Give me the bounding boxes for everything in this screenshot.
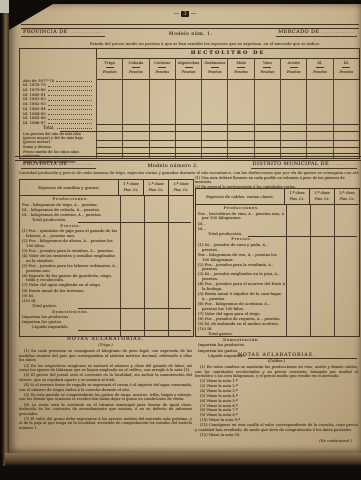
unit-label: Pesetas	[176, 70, 201, 74]
clase-name: 1.ª clase	[119, 182, 143, 186]
page-number-value: 3	[181, 11, 189, 17]
column-divider	[334, 204, 335, 336]
dotted-leader	[48, 90, 92, 91]
book-gutter-edge	[2, 0, 9, 466]
price-column: Íd. Pesetas	[333, 58, 359, 158]
dotted-leader	[48, 109, 92, 110]
semillas-rows: Producciones.Por... kilogramos de trigo,…	[22, 196, 119, 331]
species-name: Algarrobas	[176, 60, 201, 65]
side-note: (1) Una nota deberá llenarse en cada pue…	[195, 176, 358, 185]
price-column: Trigo Pesetas	[96, 58, 122, 158]
note-paragraph: (7) El valor del grano debe expresarse á…	[19, 417, 192, 430]
clase-column-header: 3.ª clase Ptas. Cs.	[168, 180, 193, 195]
price-column: Aceite Pesetas	[280, 58, 306, 158]
note-paragraph: (11) Consígnese en esta casilla el valor…	[195, 423, 358, 432]
clase-name: 2.ª clase	[144, 182, 168, 186]
divider	[96, 153, 359, 154]
adjacent-page-sliver	[0, 0, 9, 13]
clase-unit: Ptas. Cs.	[144, 188, 168, 192]
price-column-header: Vino Pesetas	[255, 58, 280, 80]
note-paragraph: (3) El precio del jornal será el corrien…	[19, 373, 192, 382]
modelo1-label: Modelo núm. 1.	[169, 32, 213, 37]
clase-column-header: 3.ª clase Ptas. Cs.	[334, 189, 359, 204]
price-column-header: Íd. Pesetas	[334, 58, 359, 80]
caldos-table: Especies de caldos, varias clases. 1.ª c…	[195, 188, 360, 337]
page-number: —3—	[9, 11, 361, 17]
clase-name: 3.ª clase	[169, 182, 193, 186]
note-paragraph: (5) Véase la nota 4.ª	[195, 394, 358, 398]
modelo2-label: Modelo número 2.	[148, 164, 199, 169]
clase-unit: Ptas. Cs.	[119, 188, 143, 192]
price-column-header: Maíz Pesetas	[228, 58, 253, 80]
unit-label: Pesetas	[281, 70, 306, 74]
price-column: Íd. Pesetas	[306, 58, 332, 158]
note-paragraph: (3) Véase la nota 2.ª	[195, 384, 358, 388]
price-column-header: Algarrobas Pesetas	[176, 58, 201, 80]
unit-label: Pesetas	[228, 70, 253, 74]
price-column: Algarrobas Pesetas	[175, 58, 201, 158]
price-table: HECTOLITRO DE Trigo Pesetas Cebada	[19, 48, 360, 159]
header-dash	[237, 67, 245, 68]
caldos-table-title: Especies de caldos, varias clases.	[196, 189, 284, 204]
unit-label: Pesetas	[334, 70, 359, 74]
provincia-blank: ..............	[70, 30, 104, 35]
clase-column-header: 1.ª clase Ptas. Cs.	[284, 189, 309, 204]
table-row: Producciones.	[198, 206, 285, 211]
provincia-field: PROVINCIA DE ..............	[21, 29, 105, 37]
note-paragraph: (1) En cada provincia se consignará el k…	[19, 349, 192, 362]
clase-name: 1.ª clase	[285, 191, 309, 195]
summary-row: Los precios del año de más alza (precio …	[23, 132, 94, 144]
clase-column-header: 2.ª clase Ptas. Cs.	[309, 189, 334, 204]
model2-header-row: PROVINCIA DE .......... Modelo número 2.…	[21, 161, 357, 169]
species-name: Íd.	[334, 60, 359, 65]
unit-label: Pesetas	[202, 70, 227, 74]
column-divider	[310, 204, 311, 336]
header-dash	[316, 67, 324, 68]
clase-unit: Ptas. Cs.	[169, 188, 193, 192]
unit-label: Pesetas	[255, 70, 280, 74]
note-paragraph: (6) La renta será la corriente en el tér…	[19, 403, 192, 416]
continuation-note: (Se continuará.)	[195, 439, 358, 443]
provincia-label: PROVINCIA DE	[23, 29, 68, 35]
table-row: (6) Por... kilogramos de aceituna, á... …	[198, 302, 285, 311]
model2-caption: Cantidad producida y precio de cada sema…	[19, 170, 359, 175]
species-name: Garbanzos	[202, 60, 227, 65]
species-name: Aceite	[281, 60, 306, 65]
notes-paragraphs: (1) En estos cuadros se anotarán las pro…	[195, 365, 358, 437]
note-paragraph: (6) Véase la nota 5.ª	[195, 399, 358, 403]
header-dash	[132, 67, 140, 68]
table-row: Producciones.	[22, 197, 119, 202]
clase-unit: Ptas. Cs.	[285, 197, 309, 201]
table-row: Id...	[198, 222, 285, 227]
price-column-header: Garbanzos Pesetas	[202, 58, 227, 80]
divider	[96, 124, 359, 125]
distrito-field: DISTRITO MUNICIPAL DE ..........	[251, 161, 357, 169]
header-dash	[158, 67, 166, 68]
provincia2-field: PROVINCIA DE ..........	[21, 161, 96, 169]
semillas-table-body: Producciones.Por... kilogramos de trigo,…	[20, 195, 193, 336]
clase-columns: 1.ª clase Ptas. Cs. 2.ª clase Ptas. Cs. …	[284, 189, 359, 204]
clase-name: 2.ª clase	[310, 191, 334, 195]
divider	[60, 131, 359, 132]
semillas-table-head: Especies de semillas y granos. 1.ª clase…	[20, 180, 193, 196]
price-column-header: Centeno Pesetas	[150, 58, 175, 80]
column-divider	[120, 195, 121, 336]
notes-paragraphs: (1) En cada provincia se consignará el k…	[19, 349, 192, 430]
unit-label: Pesetas	[97, 70, 122, 74]
price-column: Vino Pesetas	[254, 58, 280, 158]
dotted-leader	[48, 119, 92, 120]
table-row: (5) Por... jornales para las labores ord…	[22, 264, 119, 273]
caldos-rows: Producciones.Por... hectolitros de vino,…	[198, 205, 285, 359]
notas-aclaratorias-left: NOTAS ACLARATORIAS. (Trigo.) (1) En cada…	[19, 338, 192, 431]
price-column: Garbanzos Pesetas	[201, 58, 227, 158]
column-divider	[168, 195, 169, 336]
notes-subtitle: (Trigo.)	[19, 343, 192, 347]
header-dash	[342, 67, 350, 68]
note-paragraph: (4) Véase la nota 3.ª	[195, 389, 358, 393]
table-row: Por... kilogramos de uva, á... pesetas l…	[198, 253, 285, 262]
dotted-leader	[48, 105, 92, 106]
notas-aclaratorias-right: NOTAS ACLARATORIAS. (Caldos.) (1) En est…	[195, 354, 358, 443]
semillas-table: Especies de semillas y granos. 1.ª clase…	[19, 179, 194, 337]
year-rows: Año de 1877-78 Id. 1878-79 Id. 1879-80 I…	[23, 78, 93, 125]
species-name: Cebada	[123, 60, 148, 65]
clase-unit: Ptas. Cs.	[310, 197, 334, 201]
price-column: Maíz Pesetas	[227, 58, 253, 158]
header-dash	[263, 67, 271, 68]
section-divider-rule	[15, 156, 361, 161]
unit-label: Pesetas	[150, 70, 175, 74]
clase-column-header: 2.ª clase Ptas. Cs.	[143, 180, 168, 195]
price-table-columns: Trigo Pesetas Cebada Pesetas	[96, 58, 359, 158]
clase-unit: Ptas. Cs.	[335, 197, 359, 201]
clase-name: 3.ª clase	[335, 191, 359, 195]
provincia2-blank: ..........	[70, 162, 94, 167]
semillas-table-title: Especies de semillas y granos.	[20, 180, 118, 195]
mercado-blank: ..............	[321, 30, 355, 35]
document-page: —3— PROVINCIA DE .............. Modelo n…	[9, 4, 361, 453]
column-divider	[286, 204, 287, 336]
table-row: Líquido imponible.	[22, 325, 119, 330]
mercado-label: MERCADO DE	[278, 29, 319, 35]
table-row: (8) Renta anual de los terrenos.	[22, 289, 119, 294]
note-paragraph: (4) Si el terreno fuese de regadío se ex…	[19, 383, 192, 392]
model2-side-notes: (1) Una nota deberá llenarse en cada pue…	[195, 176, 358, 189]
header-dash	[106, 67, 114, 68]
note-paragraph: (5) En esta partida se comprenderán los …	[19, 393, 192, 402]
species-name: Vino	[255, 60, 280, 65]
total-row: Total.	[23, 125, 93, 130]
model1-header-row: PROVINCIA DE .............. Modelo núm. …	[21, 29, 357, 37]
caldos-table-body: Producciones.Por... hectolitros de vino,…	[196, 204, 359, 336]
model1-caption: Estado del precio medio en pesetas á que…	[79, 41, 331, 46]
dotted-leader	[48, 86, 92, 87]
price-column: Centeno Pesetas	[149, 58, 175, 158]
note-paragraph: (2) En los respectivos renglones se anot…	[19, 364, 192, 373]
clase-column-header: 1.ª clase Ptas. Cs.	[118, 180, 143, 195]
note-paragraph: (12) Véase la nota 10.	[195, 433, 358, 437]
book-bottom-edge	[5, 453, 361, 466]
species-name: Maíz	[228, 60, 253, 65]
price-column-header: Íd. Pesetas	[307, 58, 332, 80]
unit-label: Pesetas	[123, 70, 148, 74]
dotted-leader	[48, 114, 92, 115]
note-paragraph: (1) En estos cuadros se anotarán las pro…	[195, 365, 358, 378]
species-name: Íd.	[307, 60, 332, 65]
divider	[96, 147, 359, 148]
column-divider	[144, 195, 145, 336]
header-dash	[211, 67, 219, 68]
table-row: Total producción.	[22, 218, 119, 223]
total-label: Total.	[43, 125, 55, 130]
provincia2-label: PROVINCIA DE	[23, 161, 68, 167]
top-double-rule	[21, 24, 359, 29]
header-dash	[185, 67, 193, 68]
dotted-leader	[48, 95, 92, 96]
price-column: Cebada Pesetas	[122, 58, 148, 158]
clase-columns: 1.ª clase Ptas. Cs. 2.ª clase Ptas. Cs. …	[118, 180, 193, 195]
species-name: Centeno	[150, 60, 175, 65]
distrito-label: DISTRITO MUNICIPAL DE	[253, 161, 329, 167]
caldos-table-head: Especies de caldos, varias clases. 1.ª c…	[196, 189, 359, 205]
page-number-dash: —	[174, 11, 180, 17]
scanned-document-background: —3— PROVINCIA DE .............. Modelo n…	[0, 0, 361, 480]
distrito-blank: ..........	[331, 162, 355, 167]
note-paragraph: (2) Véase la nota 1.ª	[195, 379, 358, 383]
mercado-field: MERCADO DE ..............	[276, 29, 357, 37]
page-number-dash: —	[191, 11, 197, 17]
dotted-leader	[48, 100, 92, 101]
price-column-header: Cebada Pesetas	[123, 58, 148, 80]
divider	[96, 140, 359, 141]
header-dash	[290, 67, 298, 68]
table-row: Total gastos.	[22, 304, 119, 309]
table-row: Por... hectolitros de vino, á... pesetas…	[198, 212, 285, 221]
dotted-leader	[57, 128, 92, 129]
price-column-header: Trigo Pesetas	[97, 58, 122, 80]
notes-subtitle: (Caldos.)	[195, 359, 358, 363]
price-column-header: Aceite Pesetas	[281, 58, 306, 80]
species-name: Trigo	[97, 60, 122, 65]
summary-row: Suma y décima.	[23, 145, 94, 149]
unit-label: Pesetas	[307, 70, 332, 74]
dotted-leader	[56, 81, 92, 82]
